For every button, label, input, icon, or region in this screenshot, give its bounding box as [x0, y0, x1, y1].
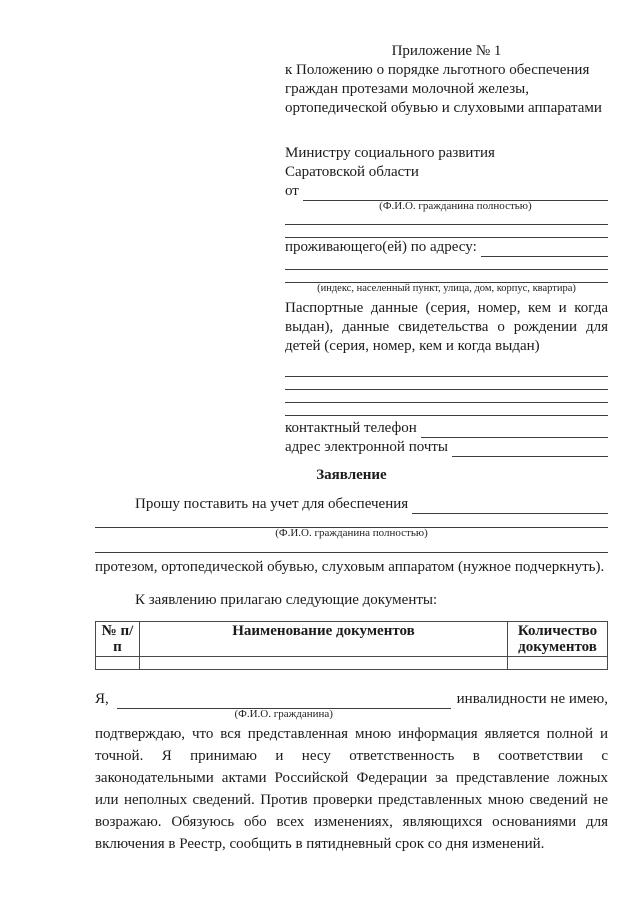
request-row: Прошу поставить на учет для обеспечения: [95, 495, 608, 514]
appendix-line: к Положению о порядке льготного обеспече…: [285, 61, 608, 80]
fio-caption: (Ф.И.О. гражданина полностью): [303, 201, 608, 212]
minister-line: Министру социального развития: [285, 144, 608, 163]
address-caption: (индекс, населенный пункт, улица, дом, к…: [285, 283, 608, 294]
table-row: [96, 657, 608, 670]
request-label: Прошу поставить на учет для обеспечения: [135, 495, 412, 514]
options-text: протезом, ортопедической обувью, слуховы…: [95, 557, 608, 578]
request-write-line: [412, 500, 608, 514]
declaration-fio-line: (Ф.И.О. гражданина): [117, 695, 451, 709]
blank-write-line: [285, 257, 608, 270]
declaration-fio-caption: (Ф.И.О. гражданина): [117, 709, 451, 720]
appendix-line: ортопедической обувью и слуховыми аппара…: [285, 99, 608, 118]
addressee-column: Приложение № 1 к Положению о порядке льг…: [285, 42, 608, 457]
declaration-prefix: Я,: [95, 690, 113, 709]
from-row: от (Ф.И.О. гражданина полностью): [285, 182, 608, 201]
address-label: проживающего(ей) по адресу:: [285, 238, 481, 257]
phone-row: контактный телефон: [285, 419, 608, 438]
blank-write-line: [95, 539, 608, 553]
table-cell: [96, 657, 140, 670]
email-row: адрес электронной почты: [285, 438, 608, 457]
address-write-line: [481, 243, 608, 257]
declaration-body: подтверждаю, что вся представленная мною…: [95, 723, 608, 855]
phone-label: контактный телефон: [285, 419, 421, 438]
table-header-row: № п/п Наименование документов Количество…: [96, 622, 608, 657]
passport-details-text: Паспортные данные (серия, номер, кем и к…: [285, 299, 608, 356]
declaration-suffix: инвалидности не имею,: [457, 690, 608, 709]
blank-write-line: [285, 212, 608, 225]
col-header-count: Количество документов: [508, 622, 608, 657]
blank-write-line: [285, 225, 608, 238]
col-header-number: № п/п: [96, 622, 140, 657]
fio-caption: (Ф.И.О. гражданина полностью): [95, 528, 608, 539]
spacer: [285, 356, 608, 364]
fio-write-line: (Ф.И.О. гражданина полностью): [303, 187, 608, 201]
blank-write-line: [285, 364, 608, 377]
blank-write-line: [285, 390, 608, 403]
statement-body: Заявление Прошу поставить на учет для об…: [95, 466, 608, 855]
col-header-name: Наименование документов: [140, 622, 508, 657]
from-label: от: [285, 182, 303, 201]
blank-write-line: [285, 403, 608, 416]
email-write-line: [452, 443, 608, 457]
phone-write-line: [421, 424, 608, 438]
spacer: [285, 118, 608, 144]
scanned-application-form: Приложение № 1 к Положению о порядке льг…: [0, 0, 640, 905]
address-caption-line: (индекс, населенный пункт, улица, дом, к…: [285, 270, 608, 283]
appendix-title: Приложение № 1: [285, 42, 608, 61]
table-cell: [508, 657, 608, 670]
blank-write-line: [285, 377, 608, 390]
fio-write-line-full: (Ф.И.О. гражданина полностью): [95, 514, 608, 528]
statement-title: Заявление: [95, 466, 608, 485]
address-row: проживающего(ей) по адресу:: [285, 238, 608, 257]
email-label: адрес электронной почты: [285, 438, 452, 457]
documents-table: № п/п Наименование документов Количество…: [95, 621, 608, 670]
declaration-row: Я, (Ф.И.О. гражданина) инвалидности не и…: [95, 690, 608, 709]
attachments-intro: К заявлению прилагаю следующие документы…: [95, 591, 608, 610]
minister-line: Саратовской области: [285, 163, 608, 182]
table-cell: [140, 657, 508, 670]
appendix-line: граждан протезами молочной железы,: [285, 80, 608, 99]
